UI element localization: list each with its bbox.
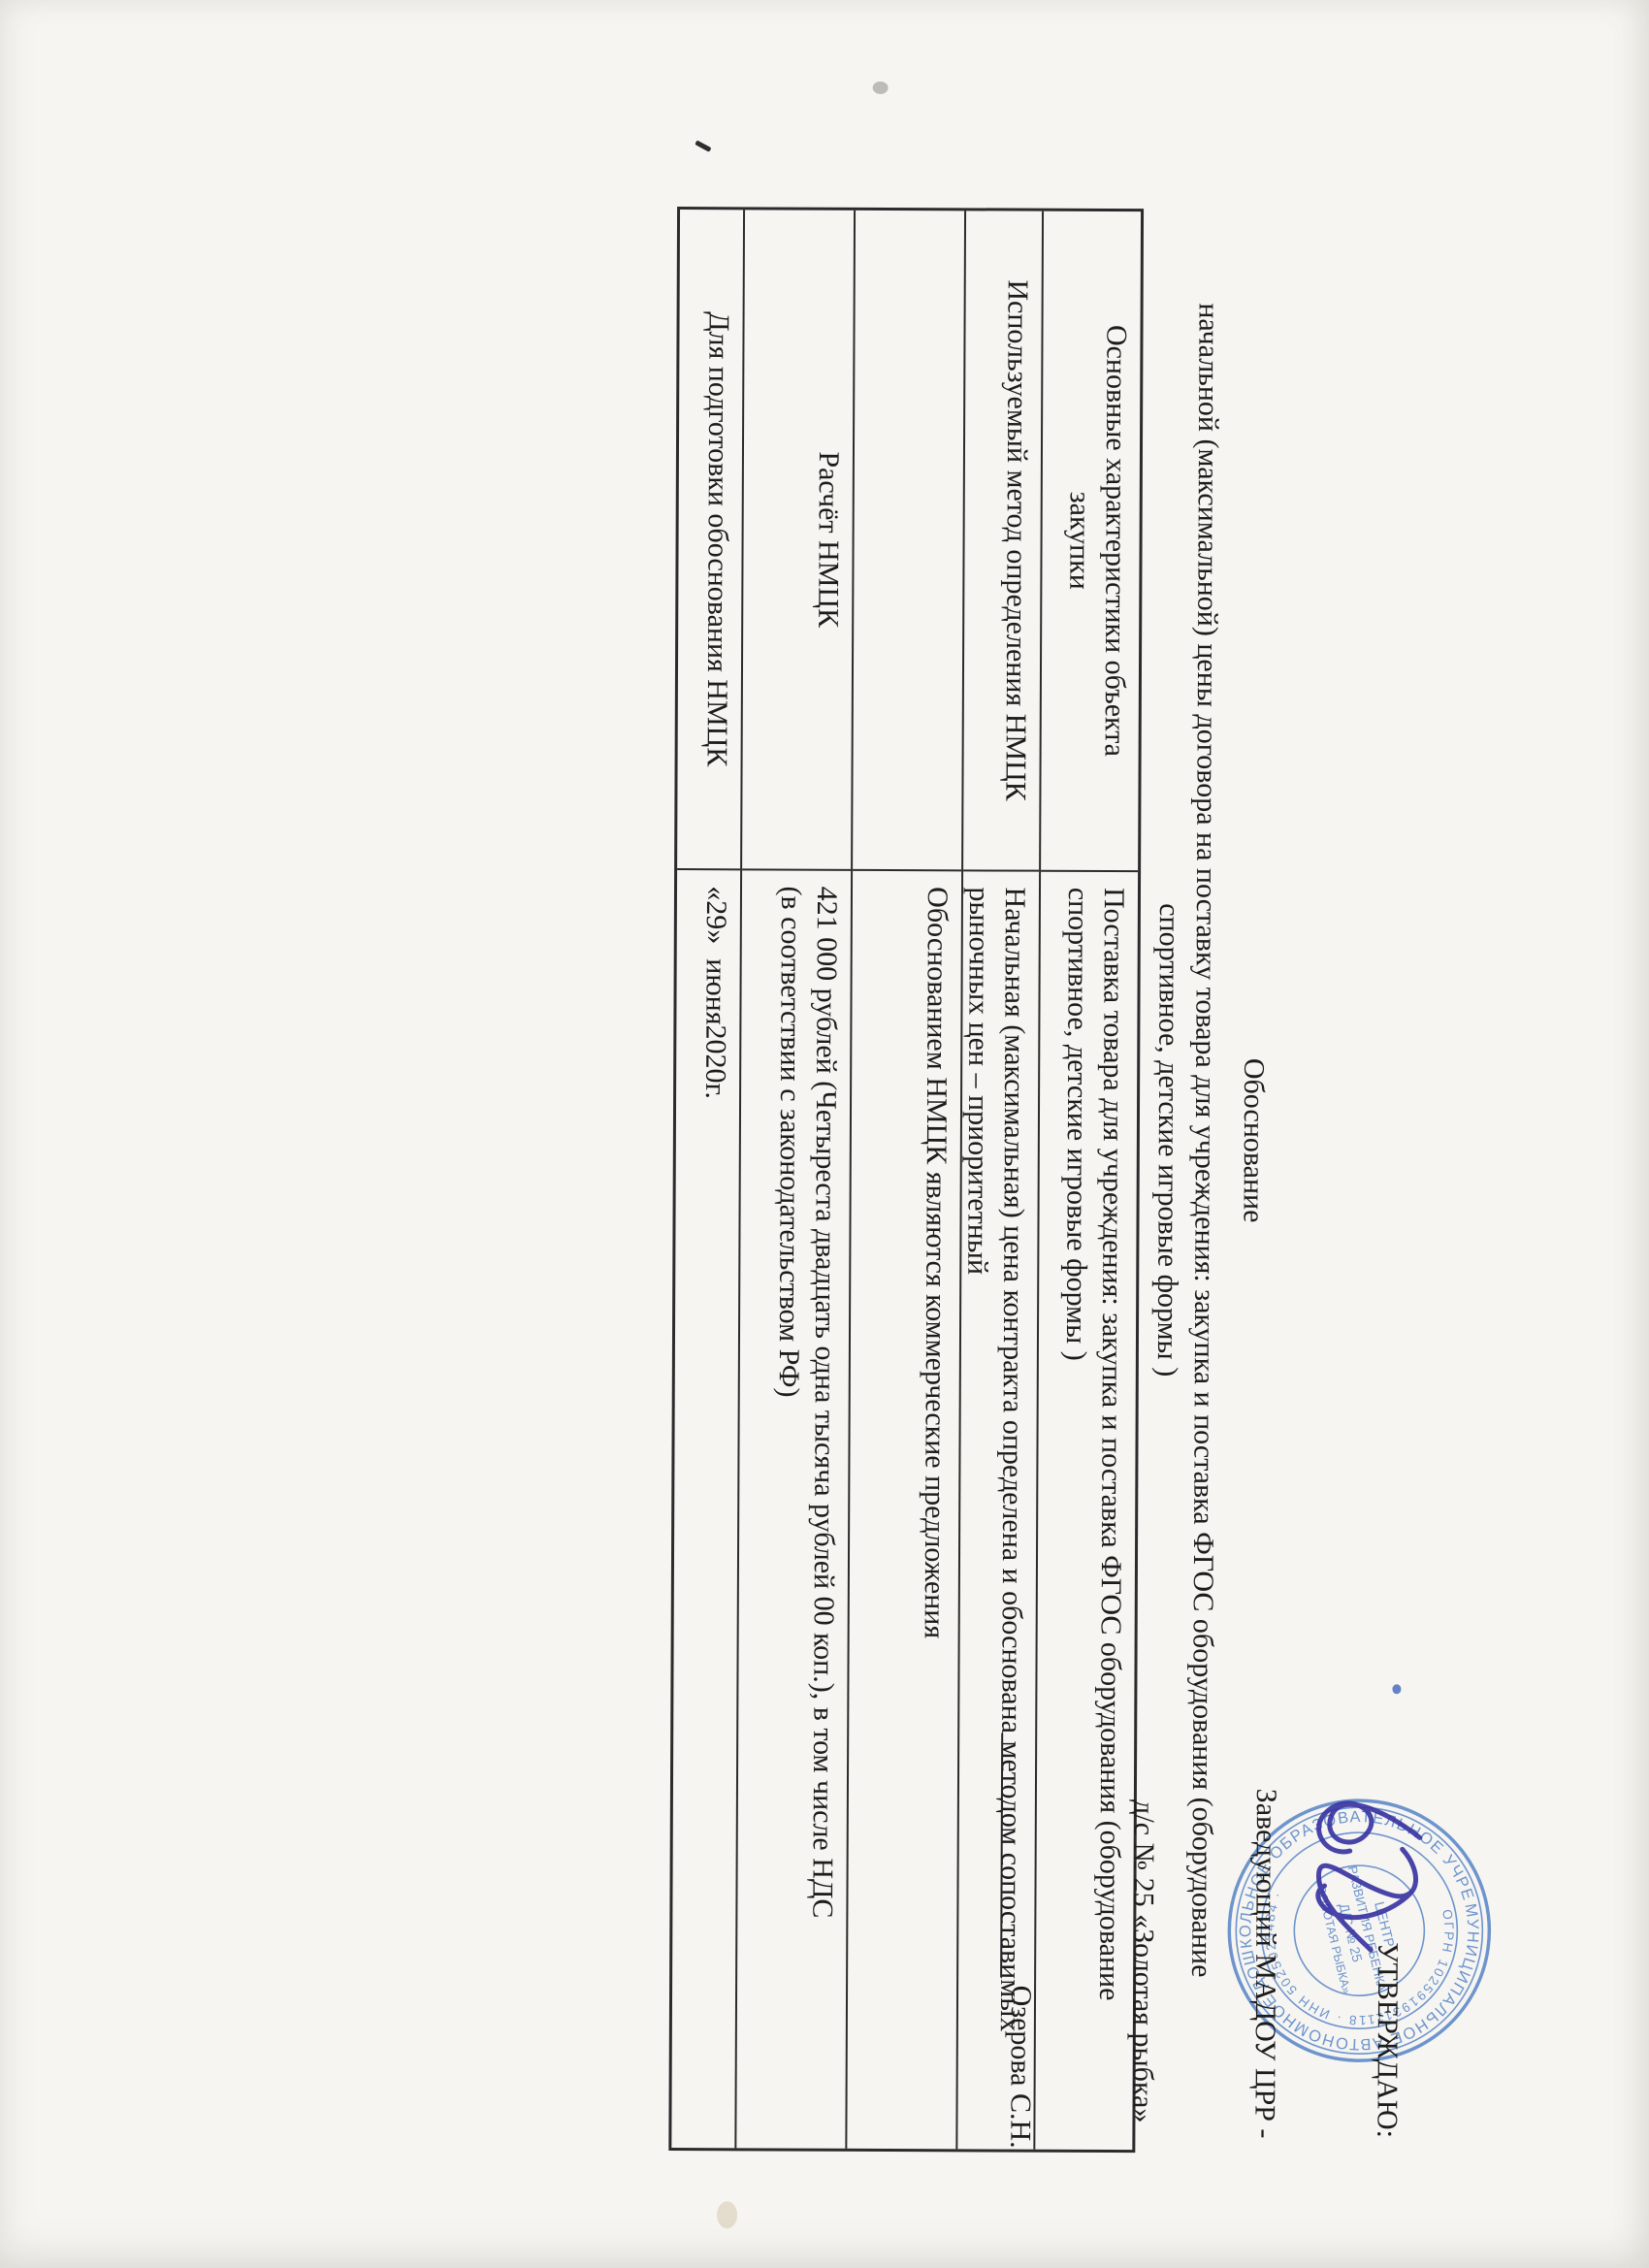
label-line: Используемый метод определения НМЦК: [997, 211, 1036, 870]
row-label-cell: Основные характеристики объекта закупки: [1041, 211, 1141, 872]
approver-name: Озерова С.Н.: [999, 1986, 1041, 2149]
value-line: «29» июня2020г.: [693, 886, 734, 2134]
value-line: 421 000 рублей (Четыреста двадцать одна …: [803, 887, 845, 2135]
row-value-cell: «29» июня2020г.: [671, 870, 740, 2148]
label-line: Расчёт НМЦК: [809, 211, 848, 869]
approver-organization: д/с № 25 «Золотая рыбка»: [1121, 1733, 1164, 2257]
signature-strokes: [1262, 1694, 1447, 2025]
value-line: (в соответствии с законодательством РФ): [767, 886, 809, 2134]
scan-speck: [873, 81, 889, 94]
row-label-cell: [853, 211, 964, 871]
scanned-document-page: УТВЕРЖДАЮ: Заведующий МАДОУ ЦРР - д/с № …: [0, 0, 1649, 2268]
paper-smudge: [717, 2201, 737, 2228]
row-label-cell: Расчёт НМЦК: [742, 210, 854, 870]
label-line: Основные характеристики объекта: [1096, 211, 1135, 870]
signature-rule: [1000, 1733, 1034, 1978]
table-row: Расчёт НМЦК 421 000 рублей (Четыреста дв…: [736, 210, 856, 2148]
pen-dash-artifact: [695, 140, 711, 151]
approver-signature-line: Озерова С.Н.: [999, 1733, 1042, 2257]
label-line: [955, 211, 958, 869]
ink-dot-artifact: [1392, 1684, 1401, 1694]
handwritten-signature: [1262, 1694, 1447, 2025]
row-label-cell: Используемый метод определения НМЦК: [963, 211, 1042, 871]
label-line: Для подготовки обоснования НМЦК: [698, 210, 737, 868]
document-canvas: УТВЕРЖДАЮ: Заведующий МАДОУ ЦРР - д/с № …: [0, 0, 1649, 2268]
label-line: закупки: [1060, 211, 1099, 870]
table-row: Для подготовки обоснования НМЦК «29» июн…: [671, 210, 745, 2148]
row-label-cell: Для подготовки обоснования НМЦК: [677, 210, 743, 870]
row-value-cell: 421 000 рублей (Четыреста двадцать одна …: [736, 870, 851, 2148]
